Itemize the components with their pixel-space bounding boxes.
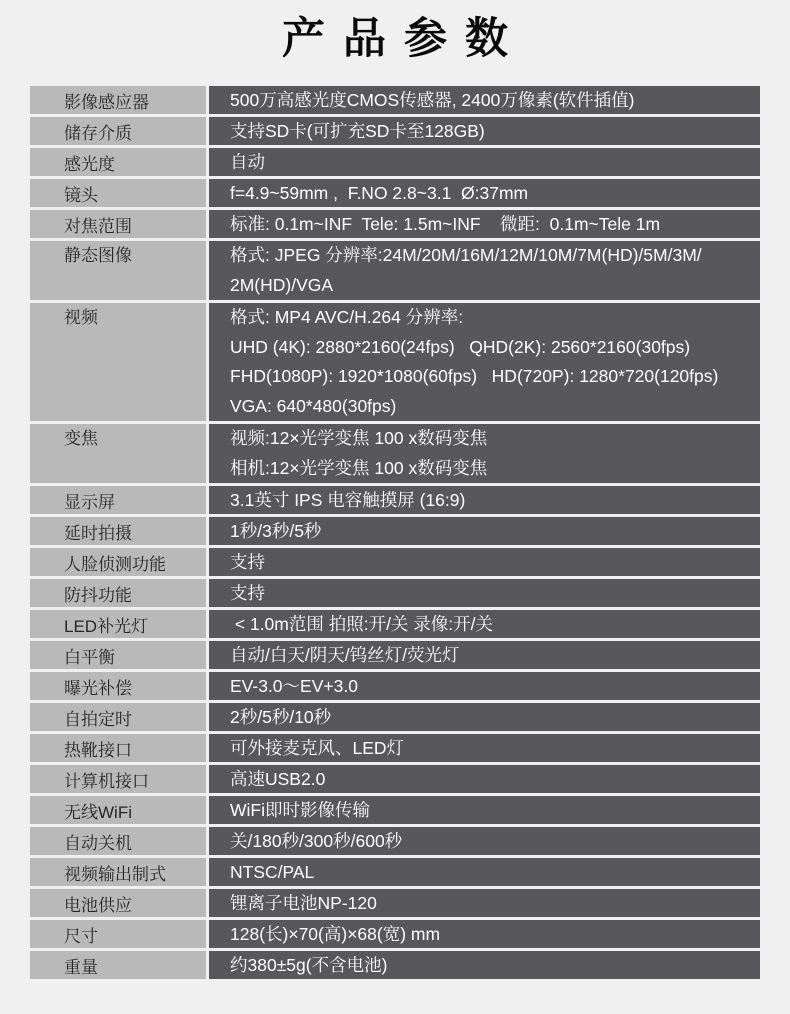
spec-label: 视频 xyxy=(30,303,206,421)
spec-value-line: 支持 xyxy=(230,548,265,576)
spec-value-line: 可外接麦克风、LED灯 xyxy=(230,734,404,762)
spec-value: 3.1英寸 IPS 电容触摸屏 (16:9) xyxy=(209,486,760,514)
spec-value: 1秒/3秒/5秒 xyxy=(209,517,760,545)
spec-label: 自动关机 xyxy=(30,827,206,855)
spec-value-line: 3.1英寸 IPS 电容触摸屏 (16:9) xyxy=(230,486,465,514)
table-row: 热靴接口可外接麦克风、LED灯 xyxy=(30,734,760,762)
spec-value-line: 2M(HD)/VGA xyxy=(230,271,333,301)
spec-value-line: 2秒/5秒/10秒 xyxy=(230,703,331,731)
table-row: 影像感应器500万高感光度CMOS传感器, 2400万像素(软件插值) xyxy=(30,86,760,114)
spec-label: LED补光灯 xyxy=(30,610,206,638)
spec-label: 重量 xyxy=(30,951,206,979)
spec-label: 影像感应器 xyxy=(30,86,206,114)
spec-value-line: 500万高感光度CMOS传感器, 2400万像素(软件插值) xyxy=(230,86,635,114)
spec-label: 白平衡 xyxy=(30,641,206,669)
spec-label: 人脸侦测功能 xyxy=(30,548,206,576)
spec-value-line: f=4.9~59mm , F.NO 2.8~3.1 Ø:37mm xyxy=(230,179,528,207)
table-row: 镜头f=4.9~59mm , F.NO 2.8~3.1 Ø:37mm xyxy=(30,179,760,207)
spec-table: 影像感应器500万高感光度CMOS传感器, 2400万像素(软件插值)储存介质支… xyxy=(30,86,760,979)
spec-value: 格式: MP4 AVC/H.264 分辨率:UHD (4K): 2880*216… xyxy=(209,303,760,421)
table-row: 静态图像格式: JPEG 分辨率:24M/20M/16M/12M/10M/7M(… xyxy=(30,241,760,300)
spec-label: 防抖功能 xyxy=(30,579,206,607)
spec-value: 标准: 0.1m~INF Tele: 1.5m~INF 微距: 0.1m~Tel… xyxy=(209,210,760,238)
spec-label: 电池供应 xyxy=(30,889,206,917)
table-row: 视频格式: MP4 AVC/H.264 分辨率:UHD (4K): 2880*2… xyxy=(30,303,760,421)
spec-label: 热靴接口 xyxy=(30,734,206,762)
spec-label: 镜头 xyxy=(30,179,206,207)
spec-label: 计算机接口 xyxy=(30,765,206,793)
spec-value-line: UHD (4K): 2880*2160(24fps) QHD(2K): 2560… xyxy=(230,333,690,363)
spec-value-line: 格式: JPEG 分辨率:24M/20M/16M/12M/10M/7M(HD)/… xyxy=(230,241,702,271)
spec-label: 变焦 xyxy=(30,424,206,483)
spec-value-line: 视频:12×光学变焦 100 x数码变焦 xyxy=(230,424,487,454)
spec-value: WiFi即时影像传输 xyxy=(209,796,760,824)
spec-value-line: 锂离子电池NP-120 xyxy=(230,889,377,917)
spec-value-line: 相机:12×光学变焦 100 x数码变焦 xyxy=(230,454,487,484)
table-row: 白平衡自动/白天/阴天/钨丝灯/荧光灯 xyxy=(30,641,760,669)
spec-value: 锂离子电池NP-120 xyxy=(209,889,760,917)
table-row: 尺寸128(长)×70(高)×68(宽) mm xyxy=(30,920,760,948)
table-row: 储存介质支持SD卡(可扩充SD卡至128GB) xyxy=(30,117,760,145)
table-row: 电池供应锂离子电池NP-120 xyxy=(30,889,760,917)
table-row: 自拍定时2秒/5秒/10秒 xyxy=(30,703,760,731)
spec-value: 格式: JPEG 分辨率:24M/20M/16M/12M/10M/7M(HD)/… xyxy=(209,241,760,300)
spec-label: 感光度 xyxy=(30,148,206,176)
spec-value: 128(长)×70(高)×68(宽) mm xyxy=(209,920,760,948)
spec-value-line: WiFi即时影像传输 xyxy=(230,796,370,824)
table-row: 变焦视频:12×光学变焦 100 x数码变焦相机:12×光学变焦 100 x数码… xyxy=(30,424,760,483)
spec-value-line: 格式: MP4 AVC/H.264 分辨率: xyxy=(230,303,463,333)
spec-value: 支持SD卡(可扩充SD卡至128GB) xyxy=(209,117,760,145)
spec-value-line: < 1.0m范围 拍照:开/关 录像:开/关 xyxy=(230,610,493,638)
spec-value-line: 支持 xyxy=(230,579,265,607)
spec-value-line: FHD(1080P): 1920*1080(60fps) HD(720P): 1… xyxy=(230,362,718,392)
spec-value-line: 1秒/3秒/5秒 xyxy=(230,517,321,545)
spec-value-line: 自动 xyxy=(230,148,265,176)
spec-value: 视频:12×光学变焦 100 x数码变焦相机:12×光学变焦 100 x数码变焦 xyxy=(209,424,760,483)
spec-value: 支持 xyxy=(209,548,760,576)
spec-value: 500万高感光度CMOS传感器, 2400万像素(软件插值) xyxy=(209,86,760,114)
spec-value-line: 约380±5g(不含电池) xyxy=(230,951,387,979)
table-row: 人脸侦测功能支持 xyxy=(30,548,760,576)
table-row: 显示屏3.1英寸 IPS 电容触摸屏 (16:9) xyxy=(30,486,760,514)
spec-value-line: 标准: 0.1m~INF Tele: 1.5m~INF 微距: 0.1m~Tel… xyxy=(230,210,660,238)
page-title: 产品参数 xyxy=(0,0,790,86)
spec-label: 尺寸 xyxy=(30,920,206,948)
spec-value: f=4.9~59mm , F.NO 2.8~3.1 Ø:37mm xyxy=(209,179,760,207)
spec-value: EV-3.0～EV+3.0 xyxy=(209,672,760,700)
spec-value: 高速USB2.0 xyxy=(209,765,760,793)
spec-label: 显示屏 xyxy=(30,486,206,514)
table-row: 防抖功能支持 xyxy=(30,579,760,607)
spec-label: 对焦范围 xyxy=(30,210,206,238)
table-row: 自动关机关/180秒/300秒/600秒 xyxy=(30,827,760,855)
spec-value-line: NTSC/PAL xyxy=(230,858,314,886)
spec-label: 曝光补偿 xyxy=(30,672,206,700)
table-row: 重量约380±5g(不含电池) xyxy=(30,951,760,979)
spec-value: 关/180秒/300秒/600秒 xyxy=(209,827,760,855)
spec-label: 静态图像 xyxy=(30,241,206,300)
spec-value-line: 支持SD卡(可扩充SD卡至128GB) xyxy=(230,117,485,145)
table-row: LED补光灯 < 1.0m范围 拍照:开/关 录像:开/关 xyxy=(30,610,760,638)
spec-value: 2秒/5秒/10秒 xyxy=(209,703,760,731)
spec-value: 约380±5g(不含电池) xyxy=(209,951,760,979)
table-row: 感光度自动 xyxy=(30,148,760,176)
spec-value: 自动/白天/阴天/钨丝灯/荧光灯 xyxy=(209,641,760,669)
spec-value-line: 自动/白天/阴天/钨丝灯/荧光灯 xyxy=(230,641,459,669)
spec-value-line: 关/180秒/300秒/600秒 xyxy=(230,827,402,855)
spec-label: 自拍定时 xyxy=(30,703,206,731)
spec-value: 可外接麦克风、LED灯 xyxy=(209,734,760,762)
spec-value: 支持 xyxy=(209,579,760,607)
spec-label: 无线WiFi xyxy=(30,796,206,824)
spec-value: < 1.0m范围 拍照:开/关 录像:开/关 xyxy=(209,610,760,638)
spec-label: 延时拍摄 xyxy=(30,517,206,545)
spec-value: 自动 xyxy=(209,148,760,176)
spec-label: 储存介质 xyxy=(30,117,206,145)
spec-value-line: VGA: 640*480(30fps) xyxy=(230,392,396,422)
table-row: 曝光补偿EV-3.0～EV+3.0 xyxy=(30,672,760,700)
table-row: 计算机接口高速USB2.0 xyxy=(30,765,760,793)
spec-label: 视频输出制式 xyxy=(30,858,206,886)
spec-value: NTSC/PAL xyxy=(209,858,760,886)
table-row: 视频输出制式NTSC/PAL xyxy=(30,858,760,886)
table-row: 无线WiFiWiFi即时影像传输 xyxy=(30,796,760,824)
table-row: 延时拍摄1秒/3秒/5秒 xyxy=(30,517,760,545)
spec-value-line: 高速USB2.0 xyxy=(230,765,325,793)
table-row: 对焦范围标准: 0.1m~INF Tele: 1.5m~INF 微距: 0.1m… xyxy=(30,210,760,238)
spec-value-line: 128(长)×70(高)×68(宽) mm xyxy=(230,920,440,948)
spec-value-line: EV-3.0～EV+3.0 xyxy=(230,672,358,700)
